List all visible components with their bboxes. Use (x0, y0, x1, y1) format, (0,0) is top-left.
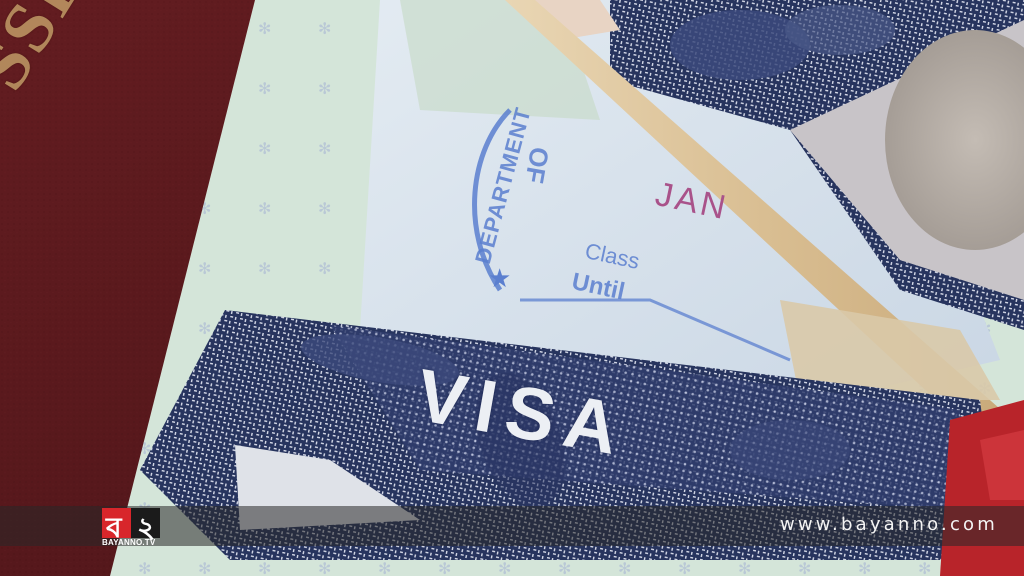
logo-black-tile: ২ (131, 508, 160, 538)
site-url: www.bayanno.com (780, 514, 998, 535)
stamp-of-text: OF (518, 145, 555, 186)
logo-mark: ব ২ (102, 508, 160, 538)
svg-text:★: ★ (488, 264, 511, 294)
logo-caption: BAYANNO.TV (102, 538, 162, 547)
logo-red-tile: ব (102, 508, 131, 538)
passport-visa-photo: ✻ (0, 0, 1024, 576)
bayanno-logo: ব ২ BAYANNO.TV (102, 508, 160, 548)
news-photo: ✻ (0, 0, 1024, 576)
